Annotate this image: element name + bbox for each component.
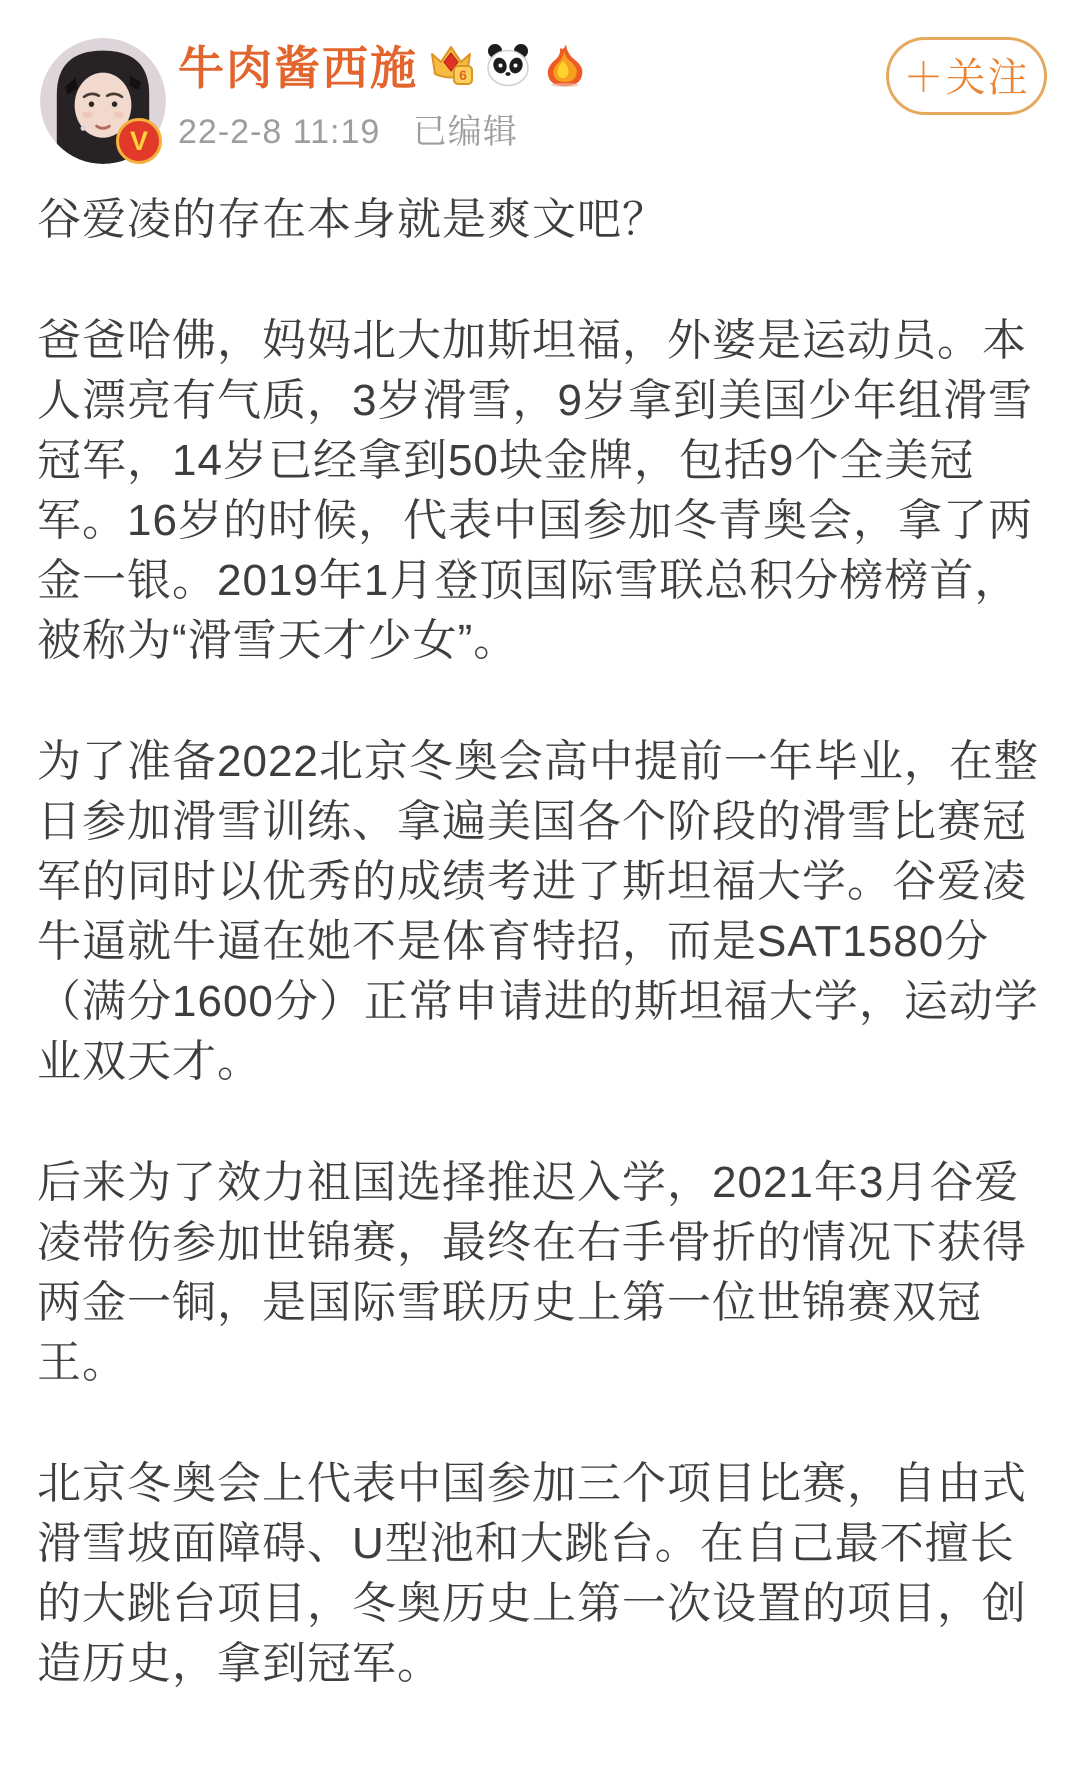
vip-crown-level-6-icon: 6 [427, 41, 475, 89]
follow-button[interactable]: ＋关注 [886, 37, 1047, 115]
username-link[interactable]: 牛肉酱西施 [178, 32, 418, 98]
verified-badge-letter: V [130, 128, 148, 155]
post-paragraph: 北京冬奥会上代表中国参加三个项目比赛，自由式滑雪坡面障碍、U型池和大跳台。在自己… [37, 1454, 1047, 1694]
edited-label: 已编辑 [413, 113, 518, 151]
post-paragraph: 谷爱凌的存在本身就是爽文吧？ [37, 190, 1047, 250]
vip-level-number: 6 [459, 67, 467, 83]
panda-icon [484, 41, 532, 89]
user-block: 牛肉酱西施 6 [178, 36, 589, 153]
post-content: 谷爱凌的存在本身就是爽文吧？ 爸爸哈佛，妈妈北大加斯坦福，外婆是运动员。本人漂亮… [37, 190, 1047, 1694]
post-meta: 22-2-8 11:19 已编辑 [178, 104, 589, 153]
fire-icon [541, 41, 589, 89]
timestamp: 22-2-8 11:19 [178, 113, 380, 151]
post-header: V 牛肉酱西施 6 [0, 0, 1080, 180]
avatar[interactable]: V [40, 38, 166, 164]
verified-badge-icon: V [116, 118, 162, 164]
post-paragraph: 爸爸哈佛，妈妈北大加斯坦福，外婆是运动员。本人漂亮有气质，3岁滑雪，9岁拿到美国… [37, 311, 1047, 671]
post-paragraph: 为了准备2022北京冬奥会高中提前一年毕业，在整日参加滑雪训练、拿遍美国各个阶段… [37, 732, 1047, 1092]
post-paragraph: 后来为了效力祖国选择推迟入学，2021年3月谷爱凌带伤参加世锦赛，最终在右手骨折… [37, 1153, 1047, 1393]
